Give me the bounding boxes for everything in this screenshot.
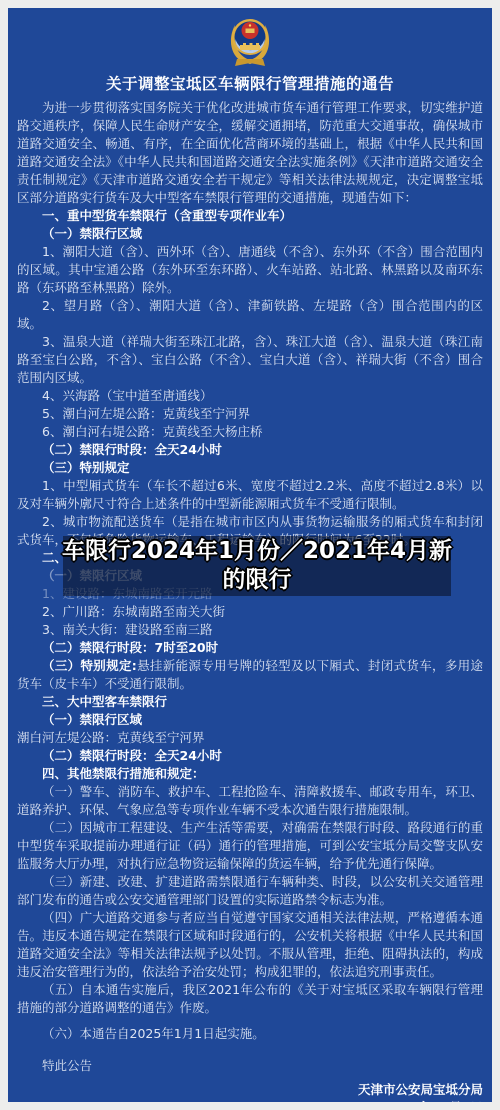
- paragraph-label: （三）特别规定:: [42, 658, 137, 673]
- doc-paragraph: 四、其他禁限行措施和规定：: [17, 765, 483, 783]
- doc-paragraph: （一）警车、消防车、救护车、工程抢险车、清障救援车、邮政专用车，环卫、道路养护、…: [17, 783, 483, 819]
- notice-intro: 为进一步贯彻落实国务院关于优化改进城市货车通行管理工作要求，切实维护道路交通秩序…: [17, 99, 483, 207]
- doc-paragraph: （二）禁限行时段：全天24小时: [17, 441, 483, 459]
- doc-paragraph: 潮白河左堤公路：克黄线至宁河界: [17, 729, 483, 747]
- doc-paragraph: （四）广大道路交通参与者应当自觉遵守国家交通相关法律法规，严格遵循本通告。违反本…: [17, 909, 483, 981]
- notice-panel: 关于调整宝坻区车辆限行管理措施的通告 为进一步贯彻落实国务院关于优化改进城市货车…: [8, 8, 492, 1102]
- video-caption-overlay: 车限行2024年1月份／2021年4月新 的限行: [63, 536, 451, 596]
- doc-paragraph: （二）禁限行时段：7时至20时: [17, 639, 483, 657]
- doc-paragraph: （二）禁限行时段：全天24小时: [17, 747, 483, 765]
- doc-paragraph: 三、大中型客车禁限行: [17, 693, 483, 711]
- doc-paragraph: （一）禁限行区域: [17, 225, 483, 243]
- doc-paragraph: 4、兴海路（宝中道至唐通线）: [17, 387, 483, 405]
- doc-paragraph: （一）禁限行区域: [17, 711, 483, 729]
- doc-paragraph: 1、潮阳大道（含）、西外环（含）、唐通线（不含）、东外环（不含）围合范围内的区域…: [17, 243, 483, 297]
- closing-phrase: 特此公告: [17, 1057, 483, 1075]
- doc-paragraph: 2、望月路（含）、潮阳大道（含）、津蓟铁路、左堤路（含）围合范围内的区域。: [17, 297, 483, 333]
- emblem-container: [17, 12, 483, 70]
- doc-paragraph: （三）新建、改建、扩建道路需禁限通行车辆种类、时段，以公安机关交通管理部门发布的…: [17, 873, 483, 909]
- doc-paragraph: （五）自本通告实施后，我区2021年公布的《关于对宝坻区采取车辆限行管理措施的部…: [17, 981, 483, 1017]
- police-badge-icon: [226, 12, 274, 69]
- doc-paragraph: 2、广川路：东城南路至南关大街: [17, 603, 483, 621]
- doc-paragraph: 6、潮白河右堤公路：克黄线至大杨庄桥: [17, 423, 483, 441]
- issue-date: 2024年12月5日: [17, 1099, 483, 1102]
- doc-paragraph: 1、中型厢式货车（车长不超过6米、宽度不超过2.2米、高度不超过2.8米）以及对…: [17, 477, 483, 513]
- doc-body: 一、重中型货车禁限行（含重型专项作业车）（一）禁限行区域1、潮阳大道（含）、西外…: [17, 207, 483, 1043]
- doc-paragraph: 5、潮白河左堤公路：克黄线至宁河界: [17, 405, 483, 423]
- caption-line-2: 的限行: [223, 566, 292, 595]
- doc-paragraph: （三）特别规定: [17, 459, 483, 477]
- screenshot-root: { "page": { "frame_color": "#edeeec", "p…: [0, 0, 500, 1110]
- doc-paragraph: 3、南关大街：建设路至南三路: [17, 621, 483, 639]
- issuer-signature: 天津市公安局宝坻分局: [17, 1081, 483, 1099]
- doc-paragraph: （六）本通告自2025年1月1日起实施。: [17, 1025, 483, 1043]
- doc-paragraph: （二）因城市工程建设、生产生活等需要，对确需在禁限行时段、路段通行的重中型货车采…: [17, 819, 483, 873]
- doc-paragraph: （三）特别规定:悬挂新能源专用号牌的轻型及以下厢式、封闭式货车，多用途货车（皮卡…: [17, 657, 483, 693]
- caption-line-1: 车限行2024年1月份／2021年4月新: [62, 537, 452, 566]
- doc-paragraph: 一、重中型货车禁限行（含重型专项作业车）: [17, 207, 483, 225]
- notice-title: 关于调整宝坻区车辆限行管理措施的通告: [17, 72, 483, 94]
- doc-paragraph: 3、温泉大道（祥瑞大街至珠江北路，含）、珠江大道（含）、温泉大道（珠江南路至宝白…: [17, 333, 483, 387]
